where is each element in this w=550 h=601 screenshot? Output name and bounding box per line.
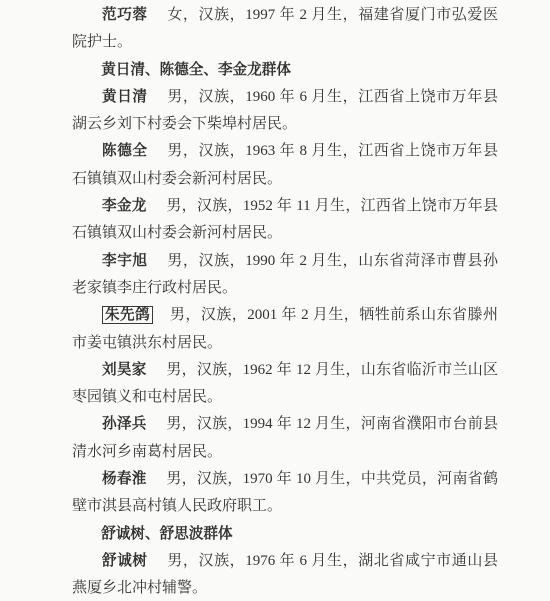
document-page: 范巧蓉女，汉族，1997 年 2 月生，福建省厦门市弘爱医院护士。 黄日清、陈德… — [0, 0, 550, 601]
person-entry: 陈德全男，汉族，1963 年 8 月生，江西省上饶市万年县石镇镇双山村委会新河村… — [72, 138, 498, 193]
person-name: 李金龙 — [102, 198, 147, 214]
person-name: 刘昊家 — [102, 362, 147, 378]
person-entry: 李宇旭男，汉族，1990 年 2 月生，山东省菏泽市曹县孙老家镇李庄行政村居民。 — [72, 248, 498, 303]
person-entry: 刘昊家男，汉族，1962 年 12 月生，山东省临沂市兰山区枣园镇义和屯村居民。 — [72, 357, 498, 412]
person-name: 陈德全 — [102, 143, 148, 159]
person-name: 孙泽兵 — [102, 416, 147, 432]
person-entry: 舒诚树男，汉族，1976 年 6 月生，湖北省咸宁市通山县燕厦乡北冲村辅警。 — [72, 548, 498, 601]
person-name: 杨春淮 — [102, 471, 147, 487]
person-entry: 范巧蓉女，汉族，1997 年 2 月生，福建省厦门市弘爱医院护士。 — [72, 2, 498, 57]
person-entry: 李金龙男，汉族，1952 年 11 月生，江西省上饶市万年县石镇镇双山村委会新河… — [72, 193, 498, 248]
person-entry: 黄日清男，汉族，1960 年 6 月生，江西省上饶市万年县湖云乡刘下村委会下柴埠… — [72, 84, 498, 139]
person-name-deceased-box: 朱先鸽 — [102, 306, 153, 324]
person-name: 黄日清 — [102, 89, 148, 105]
person-entry: 孙泽兵男，汉族，1994 年 12 月生，河南省濮阳市台前县清水河乡南葛村居民。 — [72, 411, 498, 466]
person-name: 范巧蓉 — [102, 7, 148, 23]
person-entry: 朱先鸽男，汉族，2001 年 2 月生，牺牲前系山东省滕州市姜屯镇洪东村居民。 — [72, 302, 498, 357]
person-name: 李宇旭 — [102, 253, 148, 269]
person-name: 舒诚树 — [102, 553, 148, 569]
group-header: 黄日清、陈德全、李金龙群体 — [72, 57, 498, 84]
group-header: 舒诚树、舒思波群体 — [72, 521, 498, 548]
person-entry: 杨春淮男，汉族，1970 年 10 月生，中共党员，河南省鹤壁市淇县高村镇人民政… — [72, 466, 498, 521]
